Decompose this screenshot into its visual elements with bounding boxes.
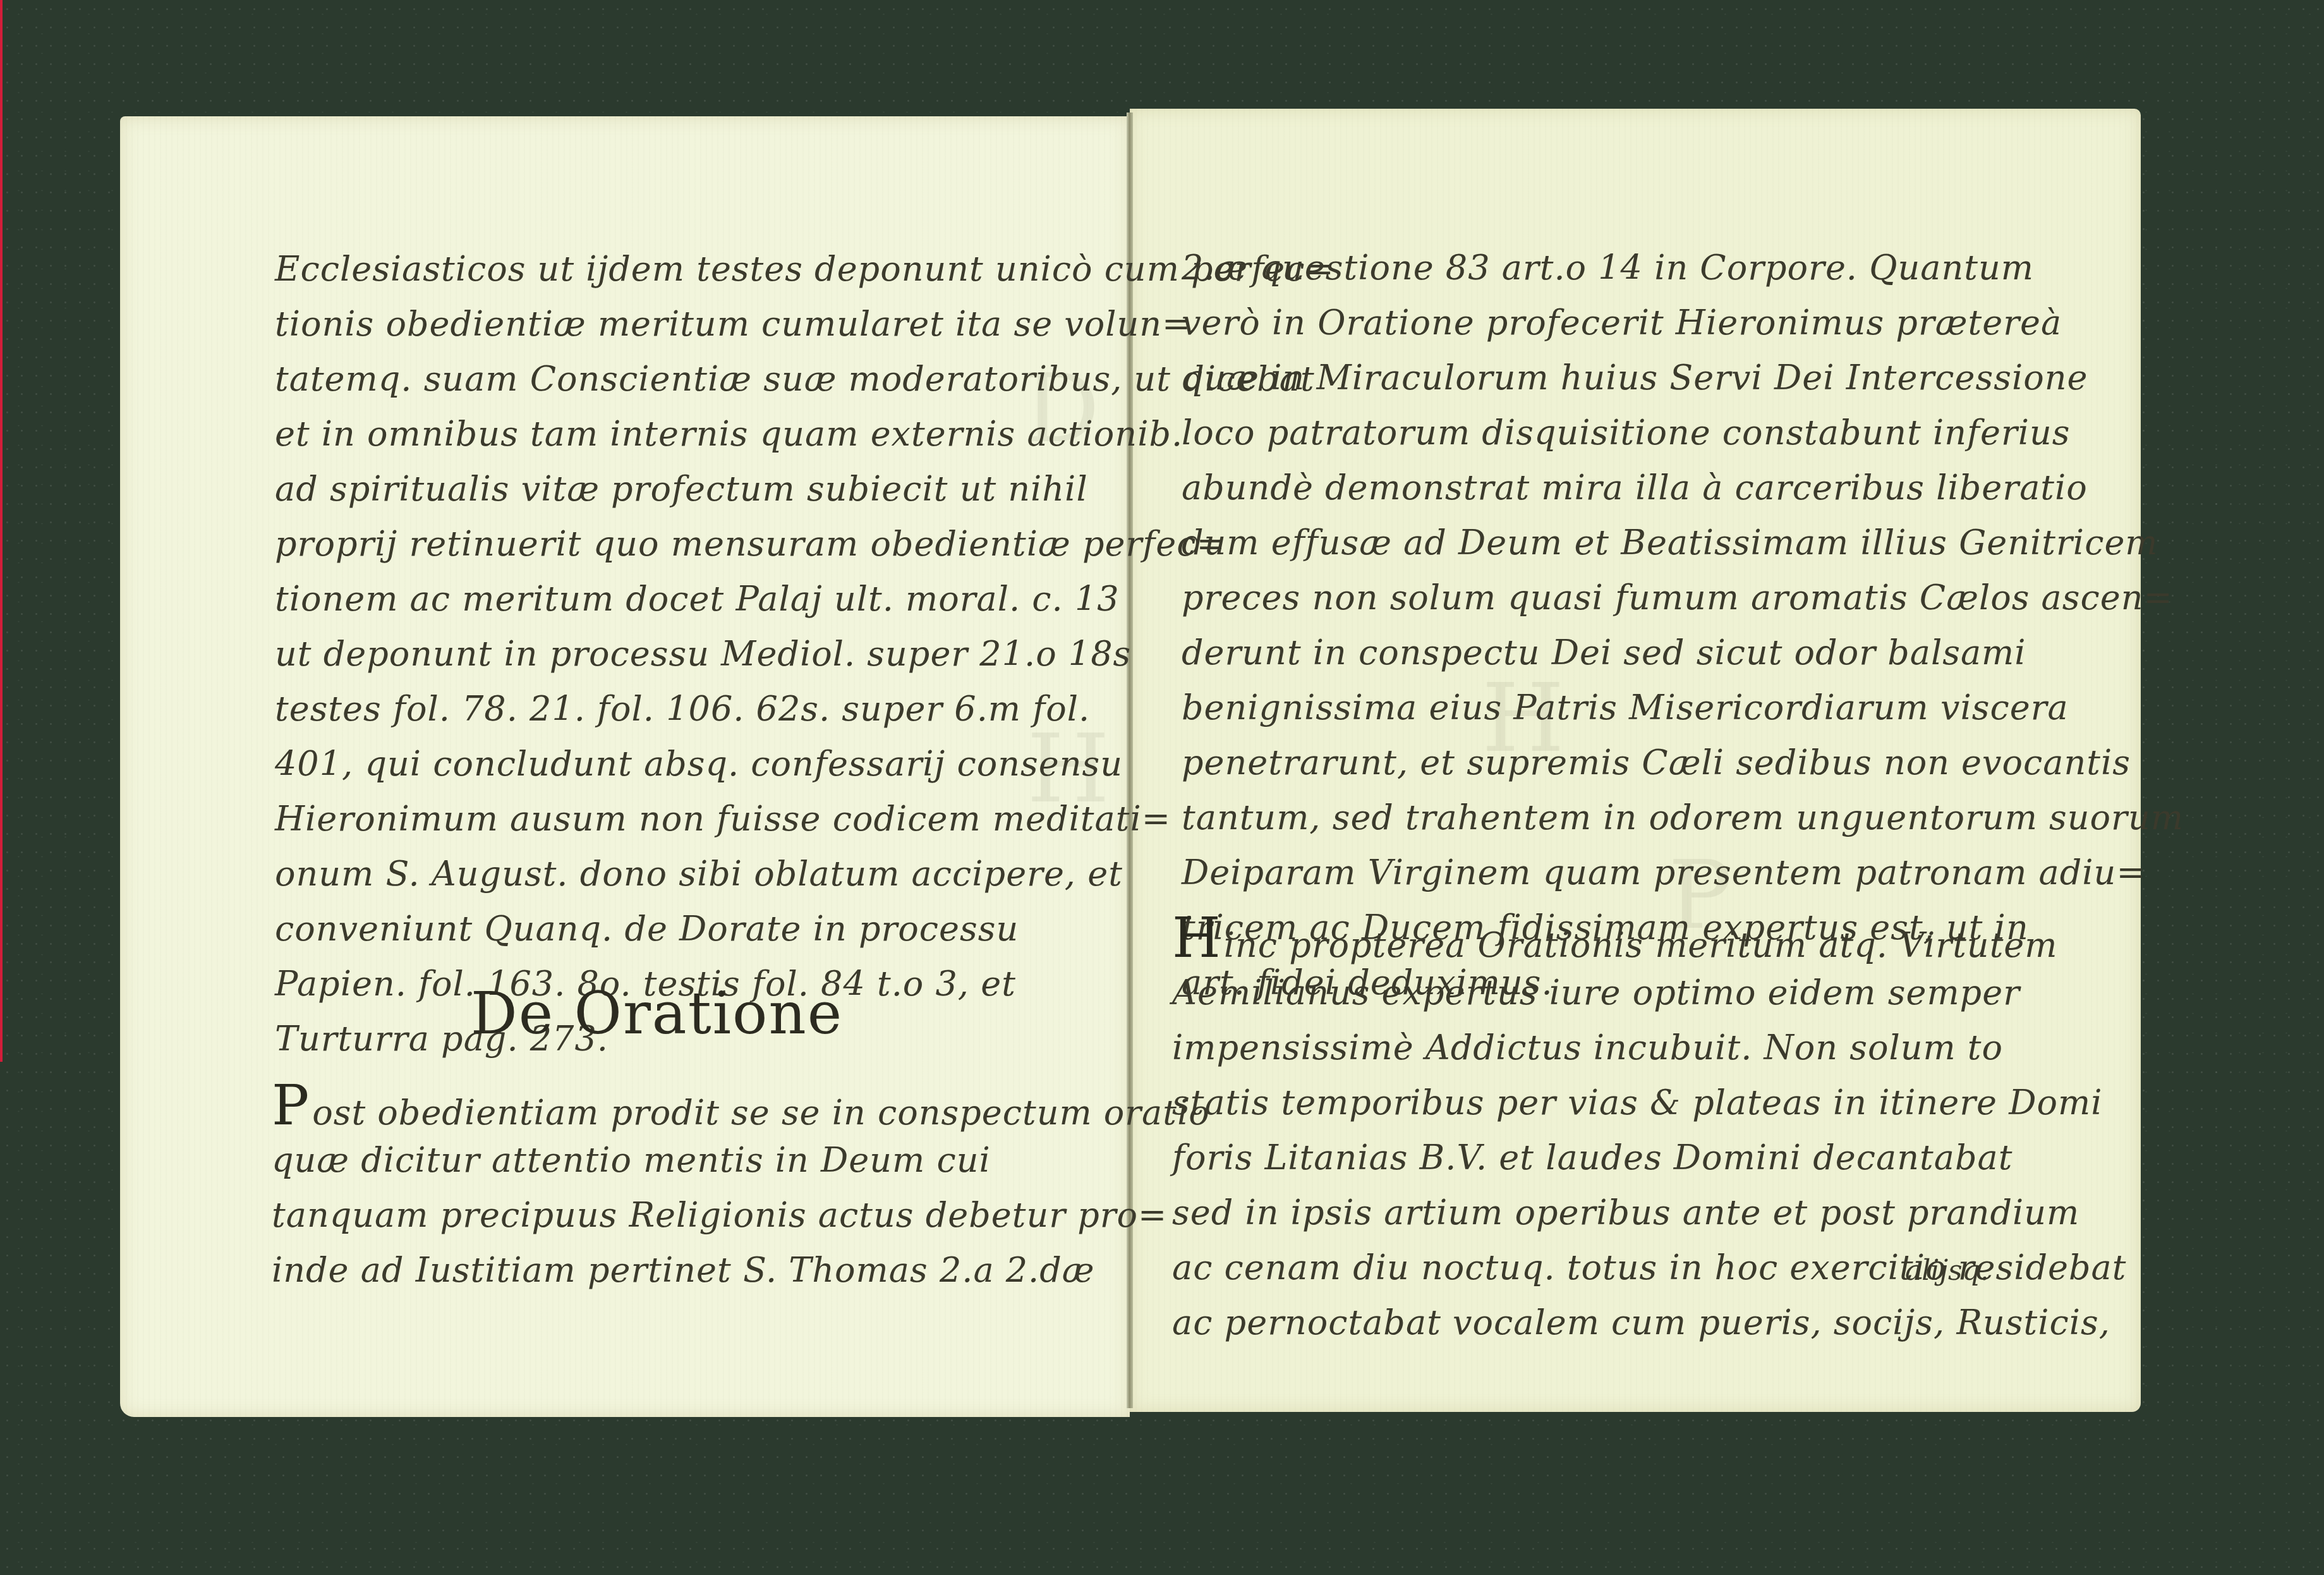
manuscript-line: penetrarunt, et supremis Cæli sedibus no… — [1182, 735, 2184, 790]
drop-cap: P — [272, 1073, 310, 1138]
manuscript-line: preces non solum quasi fumum aromatis Cæ… — [1182, 570, 2184, 625]
manuscript-line: Hinc propterea Orationis meritum atq. Vi… — [1172, 910, 2126, 965]
manuscript-line: proprij retinuerit quo mensuram obedient… — [275, 516, 1334, 571]
line-text: ost obedientiam prodit se se in conspect… — [312, 1093, 1210, 1133]
manuscript-line: inde ad Iustitiam pertinet S. Thomas 2.a… — [272, 1243, 1210, 1298]
manuscript-line: sed in ipsis artium operibus ante et pos… — [1172, 1185, 2126, 1240]
line-text: inc propterea Orationis meritum atq. Vir… — [1224, 925, 2058, 965]
manuscript-line: 2.æ questione 83 art.o 14 in Corpore. Qu… — [1182, 240, 2184, 295]
manuscript-line: 401, qui concludunt absq. confessarij co… — [275, 736, 1334, 791]
manuscript-line: ad spiritualis vitæ profectum subiecit u… — [275, 461, 1334, 516]
manuscript-line: foris Litanias B.V. et laudes Domini dec… — [1172, 1130, 2126, 1185]
manuscript-line: et in omnibus tam internis quam externis… — [275, 406, 1334, 461]
manuscript-line: Hieronimum ausum non fuisse codicem medi… — [275, 791, 1334, 846]
right-page-body: 2.æ questione 83 art.o 14 in Corpore. Qu… — [1182, 240, 2184, 1010]
manuscript-line: Post obedientiam prodit se se in conspec… — [272, 1078, 1210, 1133]
left-paragraph: Post obedientiam prodit se se in conspec… — [272, 1078, 1210, 1298]
manuscript-line: Deiparam Virginem quam presentem patrona… — [1182, 845, 2184, 900]
manuscript-line: quæ in Miraculorum huius Servi Dei Inter… — [1182, 350, 2184, 405]
scan-edge-strip — [0, 0, 3, 1062]
manuscript-line: tatemq. suam Conscientiæ suæ moderatorib… — [275, 351, 1334, 406]
manuscript-line: Aemilianus expertus iure optimo eidem se… — [1172, 965, 2126, 1020]
manuscript-line: tionem ac meritum docet Palaj ult. moral… — [275, 571, 1334, 626]
manuscript-line: ac pernoctabat vocalem cum pueris, socij… — [1172, 1295, 2126, 1350]
manuscript-line: verò in Oratione profecerit Hieronimus p… — [1182, 295, 2184, 350]
manuscript-line: abundè demonstrat mira illa à carceribus… — [1182, 460, 2184, 515]
manuscript-line: benignissima eius Patris Misericordiarum… — [1182, 680, 2184, 735]
manuscript-line: loco patratorum disquisitione constabunt… — [1182, 405, 2184, 460]
manuscript-line: testes fol. 78. 21. fol. 106. 62s. super… — [275, 681, 1334, 736]
manuscript-line: tantum, sed trahentem in odorem unguento… — [1182, 790, 2184, 845]
section-heading: De Oratione — [471, 980, 843, 1047]
catchword: alijsq. — [1905, 1255, 1989, 1287]
manuscript-line: Ecclesiasticos ut ijdem testes deponunt … — [275, 241, 1334, 296]
manuscript-line: dum effusæ ad Deum et Beatissimam illius… — [1182, 515, 2184, 570]
manuscript-line: tionis obedientiæ meritum cumularet ita … — [275, 296, 1334, 351]
manuscript-line: tanquam precipuus Religionis actus debet… — [272, 1188, 1210, 1243]
manuscript-line: statis temporibus per vias & plateas in … — [1172, 1075, 2126, 1130]
manuscript-line: impensissimè Addictus incubuit. Non solu… — [1172, 1020, 2126, 1075]
manuscript-line: onum S. August. dono sibi oblatum accipe… — [275, 846, 1334, 901]
manuscript-line: derunt in conspectu Dei sed sicut odor b… — [1182, 625, 2184, 680]
manuscript-line: ut deponunt in processu Mediol. super 21… — [275, 626, 1334, 681]
manuscript-line: quæ dicitur attentio mentis in Deum cui — [272, 1133, 1210, 1188]
drop-cap: H — [1172, 905, 1221, 970]
